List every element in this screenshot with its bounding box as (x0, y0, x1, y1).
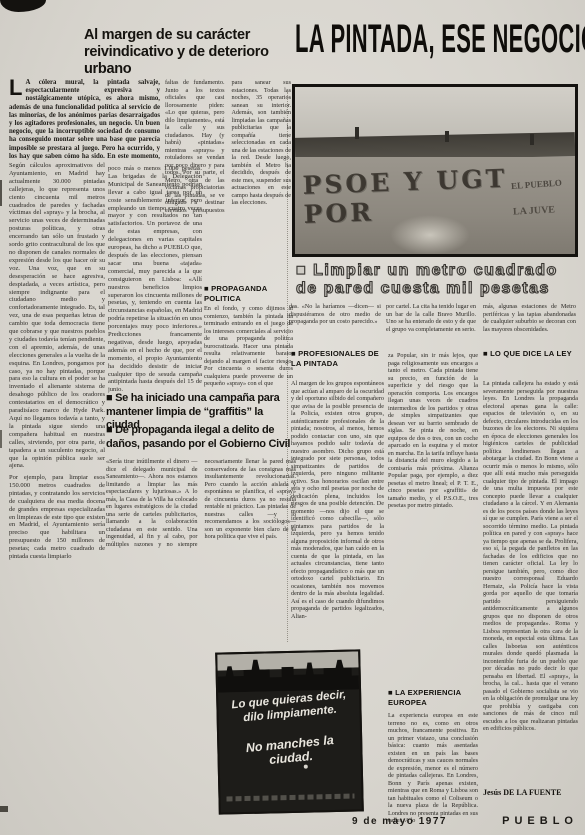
edge-artifact (0, 806, 8, 812)
poster-line-1: Lo que quieras decir, dilo limpiamente. (223, 687, 355, 727)
photo-caption: ■ Limpiar un metro cuadrado de pared cue… (296, 262, 578, 300)
fence-post (355, 127, 359, 139)
edge-artifact (0, 180, 2, 206)
profesionales-body: Al margen de los grupos espontáneos que … (291, 380, 384, 648)
poster-skyline (217, 655, 359, 692)
mid-subcolumns: «Sería tirar inútilmente el dinero —dice… (106, 458, 296, 568)
poster-line-3: No manches la ciudad. (222, 731, 358, 771)
newspaper-page: Al margen de su carácter reivindicativo … (0, 0, 585, 835)
intro-paragraph: LA cólera mural, la pintada salvaje, esp… (9, 79, 160, 161)
graffiti-main: PSOE Y UGT POR (302, 163, 524, 229)
ley-body: La pintada callejera ha estado y está se… (483, 380, 578, 782)
section-heading-propaganda: ■ PROPAGANDA POLITICA (204, 284, 294, 303)
caption-col-3: más, algunas estaciones de Metro perifér… (483, 303, 576, 349)
middle-column-body: za Popular, sin ir más lejos, que paga r… (388, 352, 478, 684)
headline-wrap: LA PINTADA, ESE NEGOCIO (295, 17, 583, 69)
fence-post (530, 134, 534, 145)
section-heading-europa: ■ LA EXPERIENCIA EUROPEA (388, 688, 478, 707)
mid-headline-2: ■ De propaganda ilegal a delito de daños… (106, 424, 296, 451)
byline: Jesús DE LA FUENTE (483, 788, 578, 797)
ink-smudge (0, 0, 46, 12)
caption-col-1: das. «No la haríamos —dicen— si dispusié… (289, 303, 381, 349)
section-heading-ley: ■ LO QUE DICE LA LEY (483, 349, 578, 359)
page-title: LA PINTADA, ESE NEGOCIO (295, 17, 453, 62)
caption-col-2: por cartel. La cita ha tenido lugar en u… (386, 303, 476, 349)
poster-credit-line (226, 794, 354, 802)
poster-photo: Lo que quieras decir, dilo limpiamente. … (215, 649, 364, 814)
footer-date: 9 de mayo 1977 (352, 816, 447, 827)
column-1-part-2: Por ejemplo, para limpiar esos 150.000 m… (9, 474, 105, 582)
intro-text: A cólera mural, la pintada salvaje, espe… (9, 79, 160, 161)
column-1-part-1: Según cálculos aproximativos del Ayuntam… (9, 162, 105, 472)
column-2: poco más o menos 1.000 pesetas. Las brig… (108, 165, 202, 411)
page-footer: 9 de mayo 1977 PUEBLO (352, 815, 578, 827)
footer-paper-name: PUEBLO (502, 815, 578, 827)
wall-photo: PSOE Y UGT POR EL PUEBLO LA JUVE (292, 84, 578, 257)
dropcap: L (9, 79, 25, 97)
propaganda-body: En el fondo, y como dijimos al comienzo,… (204, 305, 293, 391)
section-heading-profesionales: ■ PROFESIONALES DE LA PINTADA (291, 349, 383, 368)
fence-post (445, 131, 449, 142)
edge-artifact (0, 430, 2, 448)
poster-speck (304, 765, 308, 769)
kicker: Al margen de su carácter reivindicativo … (84, 27, 292, 78)
